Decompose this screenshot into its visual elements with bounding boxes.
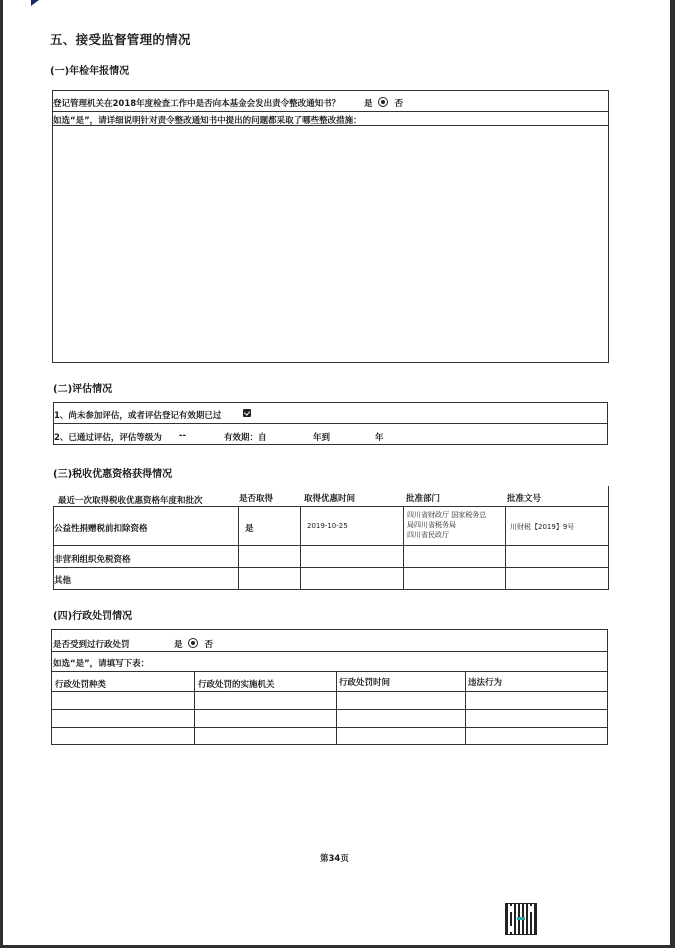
inspection-followup-label: 如选“是”，请详细说明针对责令整改通知书中提出的问题都采取了哪些整改措施： — [53, 114, 362, 126]
penalty-col-header: 行政处罚种类 — [55, 678, 106, 690]
radio-option-yes-label[interactable]: 是 — [174, 640, 183, 650]
annual-inspection-heading: (一)年检年报情况 — [50, 62, 129, 77]
checkbox-checked-icon[interactable] — [243, 409, 251, 417]
radio-option-no-label[interactable]: 否 — [394, 99, 403, 109]
row-divider — [53, 545, 609, 546]
tax-col-header: 批准文号 — [507, 492, 541, 504]
col-divider — [300, 506, 301, 590]
assessment-year-to-label: 年到 — [313, 431, 330, 443]
divider — [52, 111, 609, 112]
penalty-heading: (四)行政处罚情况 — [53, 607, 132, 622]
tax-row-name: 公益性捐赠税前扣除资格 — [54, 522, 148, 534]
assessment-heading: (二)评估情况 — [53, 380, 112, 395]
department-line: 四川省民政厅 — [407, 530, 486, 540]
col-divider — [403, 506, 404, 590]
assessment-row1-label: 1、尚未参加评估，或者评估登记有效期已过 — [54, 409, 221, 421]
department-line: 局四川省税务局 — [407, 520, 486, 530]
row-divider — [51, 709, 608, 710]
penalty-question: 是否受到过行政处罚 — [53, 638, 130, 650]
inspection-radio-group: 是 否 — [364, 97, 403, 109]
assessment-row2-label: 2、已通过评估，评估等级为 — [54, 431, 162, 443]
radio-selected-icon[interactable] — [378, 97, 388, 107]
inspection-question: 登记管理机关在2018年度检查工作中是否向本基金会发出责令整改通知书？ — [53, 97, 340, 109]
col-divider — [238, 506, 239, 590]
section-title: 五、接受监督管理的情况 — [50, 30, 191, 48]
penalty-radio-group: 是 否 — [174, 638, 213, 650]
page-number: 第34页 — [320, 852, 349, 864]
row-divider — [51, 727, 608, 728]
tax-col-header: 是否取得 — [239, 492, 273, 504]
corner-mark — [31, 0, 39, 6]
col-divider — [336, 671, 337, 745]
col-divider — [505, 506, 506, 590]
assessment-grade-value: -- — [179, 431, 186, 441]
tax-row-department: 四川省财政厅 国家税务总 局四川省税务局 四川省民政厅 — [407, 510, 486, 540]
tax-col-header: 取得优惠时间 — [304, 492, 355, 504]
qr-code-icon — [506, 904, 536, 934]
inspection-followup-field[interactable] — [56, 128, 606, 360]
penalty-col-header: 行政处罚的实施机关 — [198, 678, 275, 690]
tax-heading: (三)税收优惠资格获得情况 — [53, 465, 172, 480]
col-divider — [194, 671, 195, 745]
tax-row-name: 非营利组织免税资格 — [54, 553, 131, 565]
radio-selected-icon[interactable] — [188, 638, 198, 648]
tax-col-header: 批准部门 — [406, 492, 440, 504]
col-divider — [465, 671, 466, 745]
divider — [53, 423, 608, 424]
tax-row-date: 2019-10-25 — [307, 522, 348, 530]
tax-row-obtained: 是 — [245, 522, 254, 534]
tax-row-name: 其他 — [54, 574, 71, 586]
row-divider — [53, 567, 609, 568]
radio-option-yes-label[interactable]: 是 — [364, 99, 373, 109]
divider — [51, 651, 608, 652]
penalty-followup-label: 如选“是”，请填写下表： — [53, 657, 149, 669]
row-divider — [51, 691, 608, 692]
penalty-col-header: 违法行为 — [468, 676, 502, 688]
penalty-col-header: 行政处罚时间 — [339, 676, 390, 688]
assessment-validity-label: 有效期：自 — [224, 431, 267, 443]
tax-col-header: 最近一次取得税收优惠资格年度和批次 — [58, 494, 203, 506]
assessment-year-label: 年 — [375, 431, 384, 443]
tax-table — [53, 506, 609, 590]
department-line: 四川省财政厅 国家税务总 — [407, 510, 486, 520]
divider — [51, 671, 608, 672]
radio-option-no-label[interactable]: 否 — [204, 640, 213, 650]
tax-row-doc-no: 川财税【2019】9号 — [510, 522, 574, 532]
document-page: 五、接受监督管理的情况 (一)年检年报情况 登记管理机关在2018年度检查工作中… — [3, 0, 670, 945]
